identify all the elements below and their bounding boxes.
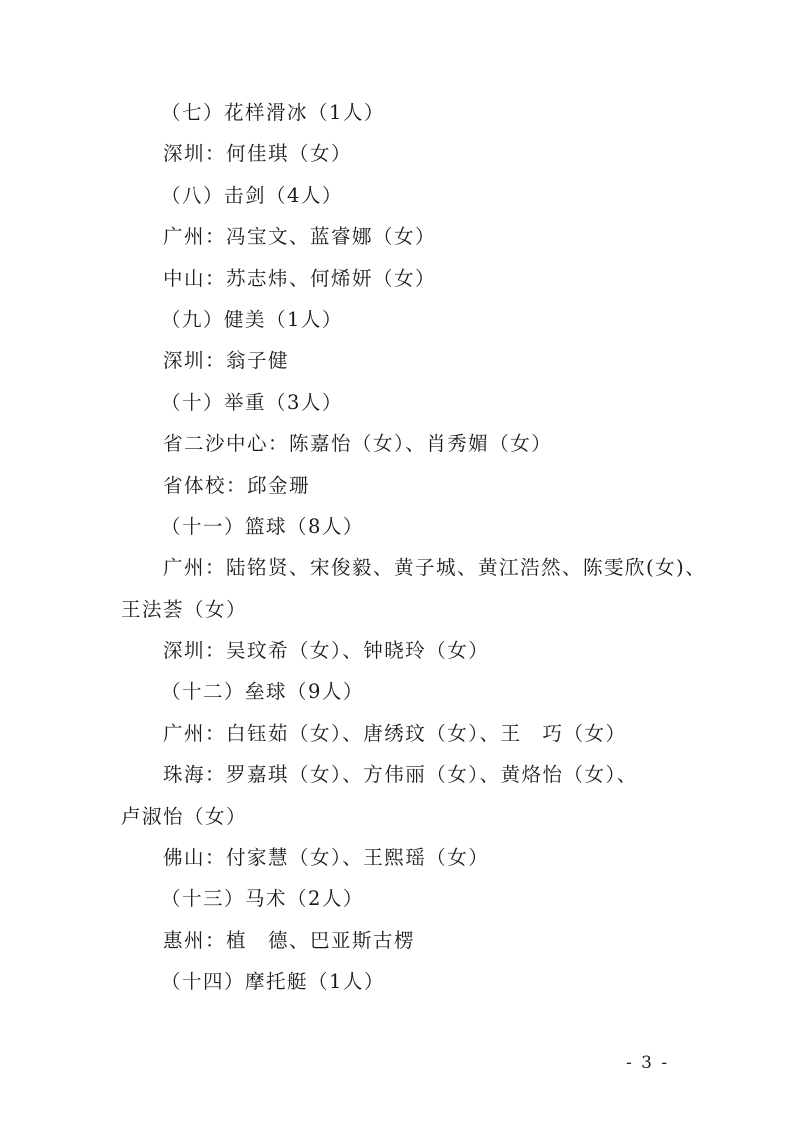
roster-line: 省体校：邱金珊 [121, 465, 681, 506]
roster-line: 深圳：吴玟希（女）、钟晓玲（女） [121, 630, 681, 671]
section-heading-fencing: （八）击剑（4人） [121, 175, 681, 216]
roster-line: 深圳：何佳琪（女） [121, 133, 681, 174]
roster-line: 珠海：罗嘉琪（女）、方伟丽（女）、黄烙怡（女）、 [121, 754, 681, 795]
roster-line: 省二沙中心：陈嘉怡（女）、肖秀媚（女） [121, 423, 681, 464]
roster-line: 广州：冯宝文、蓝睿娜（女） [121, 216, 681, 257]
roster-line-continuation: 王法荟（女） [121, 589, 681, 630]
roster-line: 深圳：翁子健 [121, 340, 681, 381]
section-heading-basketball: （十一）篮球（8人） [121, 506, 681, 547]
section-heading-bodybuilding: （九）健美（1人） [121, 299, 681, 340]
section-heading-softball: （十二）垒球（9人） [121, 671, 681, 712]
section-heading-weightlifting: （十）举重（3人） [121, 382, 681, 423]
roster-line: 佛山：付家慧（女）、王熙瑶（女） [121, 837, 681, 878]
document-body: （七）花样滑冰（1人） 深圳：何佳琪（女） （八）击剑（4人） 广州：冯宝文、蓝… [121, 92, 681, 1003]
roster-line-continuation: 卢淑怡（女） [121, 796, 681, 837]
section-heading-figure-skating: （七）花样滑冰（1人） [121, 92, 681, 133]
page-number: - 3 - [626, 1053, 669, 1073]
section-heading-equestrian: （十三）马术（2人） [121, 878, 681, 919]
roster-line: 广州：陆铭贤、宋俊毅、黄子城、黄江浩然、陈雯欣(女)、 [121, 547, 681, 588]
roster-line: 中山：苏志炜、何烯妍（女） [121, 258, 681, 299]
roster-line: 惠州：植 德、巴亚斯古楞 [121, 920, 681, 961]
document-page: （七）花样滑冰（1人） 深圳：何佳琪（女） （八）击剑（4人） 广州：冯宝文、蓝… [0, 0, 794, 1123]
roster-line: 广州：白钰茹（女）、唐绣玟（女）、王 巧（女） [121, 713, 681, 754]
section-heading-powerboat: （十四）摩托艇（1人） [121, 961, 681, 1002]
